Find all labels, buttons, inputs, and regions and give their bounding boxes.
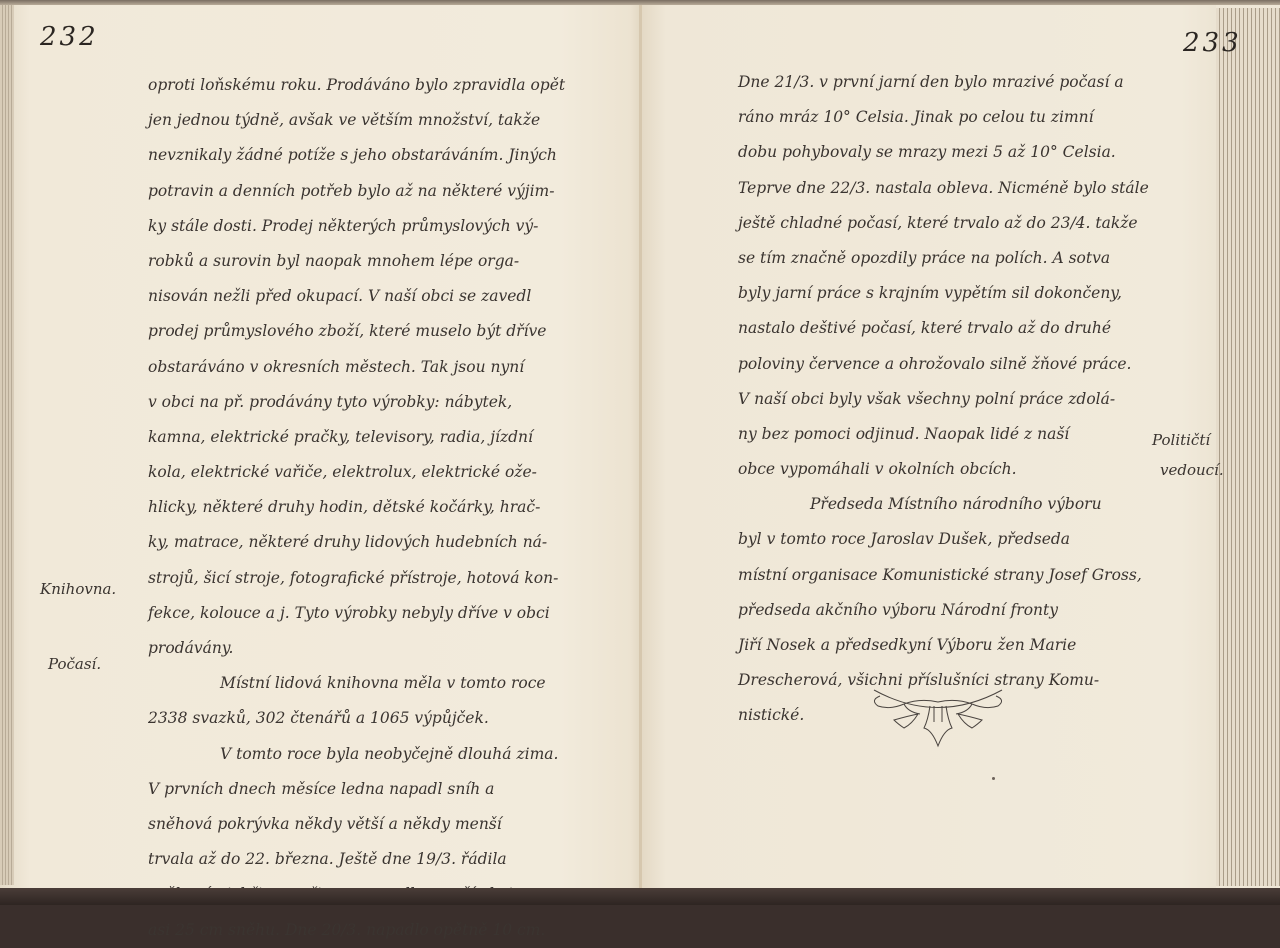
weather-line: nastalo deštivé počasí, které trvalo až … xyxy=(738,311,1149,346)
text-line: nisován nežli před okupací. V naší obci … xyxy=(148,279,565,314)
politics-line: Jiří Nosek a předsedkyní Výboru žen Mari… xyxy=(738,628,1149,663)
left-page-text: oproti loňskému roku. Prodáváno bylo zpr… xyxy=(148,68,565,905)
text-line: obstaráváno v okresních městech. Tak jso… xyxy=(148,350,565,385)
text-line: ky, matrace, některé druhy lidových hude… xyxy=(148,525,565,560)
politics-line: Předseda Místního národního výboru xyxy=(738,487,1149,522)
margin-note-politics-1: Političtí xyxy=(1152,428,1210,452)
open-book: 232 oproti loňskému roku. Prodáváno bylo… xyxy=(0,0,1280,890)
weather-line: V tomto roce byla neobyčejně dlouhá zima… xyxy=(148,737,565,772)
text-line: prodej průmyslového zboží, které muselo … xyxy=(148,314,565,349)
text-line: kamna, elektrické pračky, televisory, ra… xyxy=(148,420,565,455)
text-line: jen jednou týdně, avšak ve větším množst… xyxy=(148,103,565,138)
weather-line: trvala až do 22. března. Ještě dne 19/3.… xyxy=(148,842,565,877)
text-line: nevznikaly žádné potíže s jeho obstarává… xyxy=(148,138,565,173)
text-line: oproti loňskému roku. Prodáváno bylo zpr… xyxy=(148,68,565,103)
politics-line: místní organisace Komunistické strany Jo… xyxy=(738,558,1149,593)
weather-line: poloviny července a ohrožovalo silně žňo… xyxy=(738,347,1149,382)
weather-line: ráno mráz 10° Celsia. Jinak po celou tu … xyxy=(738,100,1149,135)
text-line: v obci na př. prodávány tyto výrobky: ná… xyxy=(148,385,565,420)
text-line: prodávány. xyxy=(148,631,565,666)
page-number-right: 233 xyxy=(1183,28,1242,58)
text-line: kola, elektrické vařiče, elektrolux, ele… xyxy=(148,455,565,490)
margin-note-library: Knihovna. xyxy=(40,577,116,601)
weather-line: Teprve dne 22/3. nastala obleva. Nicméně… xyxy=(738,171,1149,206)
library-line: 2338 svazků, 302 čtenářů a 1065 výpůjček… xyxy=(148,701,565,736)
ink-dot xyxy=(992,777,995,780)
text-line: ky stále dosti. Prodej některých průmysl… xyxy=(148,209,565,244)
text-line: fekce, kolouce a j. Tyto výrobky nebyly … xyxy=(148,596,565,631)
ornament-flourish-icon xyxy=(868,680,1008,760)
weather-line: se tím značně opozdily práce na polích. … xyxy=(738,241,1149,276)
weather-line: ny bez pomoci odjinud. Naopak lidé z naš… xyxy=(738,417,1149,452)
weather-line: obce vypomáhali v okolních obcích. xyxy=(738,452,1149,487)
weather-line: V prvních dnech měsíce ledna napadl sníh… xyxy=(148,772,565,807)
weather-line: ještě chladné počasí, které trvalo až do… xyxy=(738,206,1149,241)
table-surface xyxy=(0,888,1280,905)
text-line: strojů, šicí stroje, fotografické přístr… xyxy=(148,561,565,596)
text-line: robků a surovin byl naopak mnohem lépe o… xyxy=(148,244,565,279)
book-spine xyxy=(639,5,642,888)
politics-line: byl v tomto roce Jaroslav Dušek, předsed… xyxy=(738,522,1149,557)
left-page-stack xyxy=(0,5,14,885)
library-line: Místní lidová knihovna měla v tomto roce xyxy=(148,666,565,701)
weather-line: dobu pohybovaly se mrazy mezi 5 až 10° C… xyxy=(738,135,1149,170)
weather-line: byly jarní práce s krajním vypětím sil d… xyxy=(738,276,1149,311)
weather-line: sněhová pokrývka někdy větší a někdy men… xyxy=(148,807,565,842)
right-page-stack xyxy=(1216,8,1280,886)
page-number-left: 232 xyxy=(40,22,99,52)
margin-note-politics-2: vedoucí. xyxy=(1160,458,1224,482)
right-page-text: Dne 21/3. v první jarní den bylo mrazivé… xyxy=(738,65,1149,734)
weather-line: V naší obci byly však všechny polní prác… xyxy=(738,382,1149,417)
text-line: hlicky, některé druhy hodin, dětské kočá… xyxy=(148,490,565,525)
text-line: potravin a denních potřeb bylo až na něk… xyxy=(148,174,565,209)
politics-line: předseda akčního výboru Národní fronty xyxy=(738,593,1149,628)
margin-note-weather: Počasí. xyxy=(48,652,101,676)
weather-line: Dne 21/3. v první jarní den bylo mrazivé… xyxy=(738,65,1149,100)
